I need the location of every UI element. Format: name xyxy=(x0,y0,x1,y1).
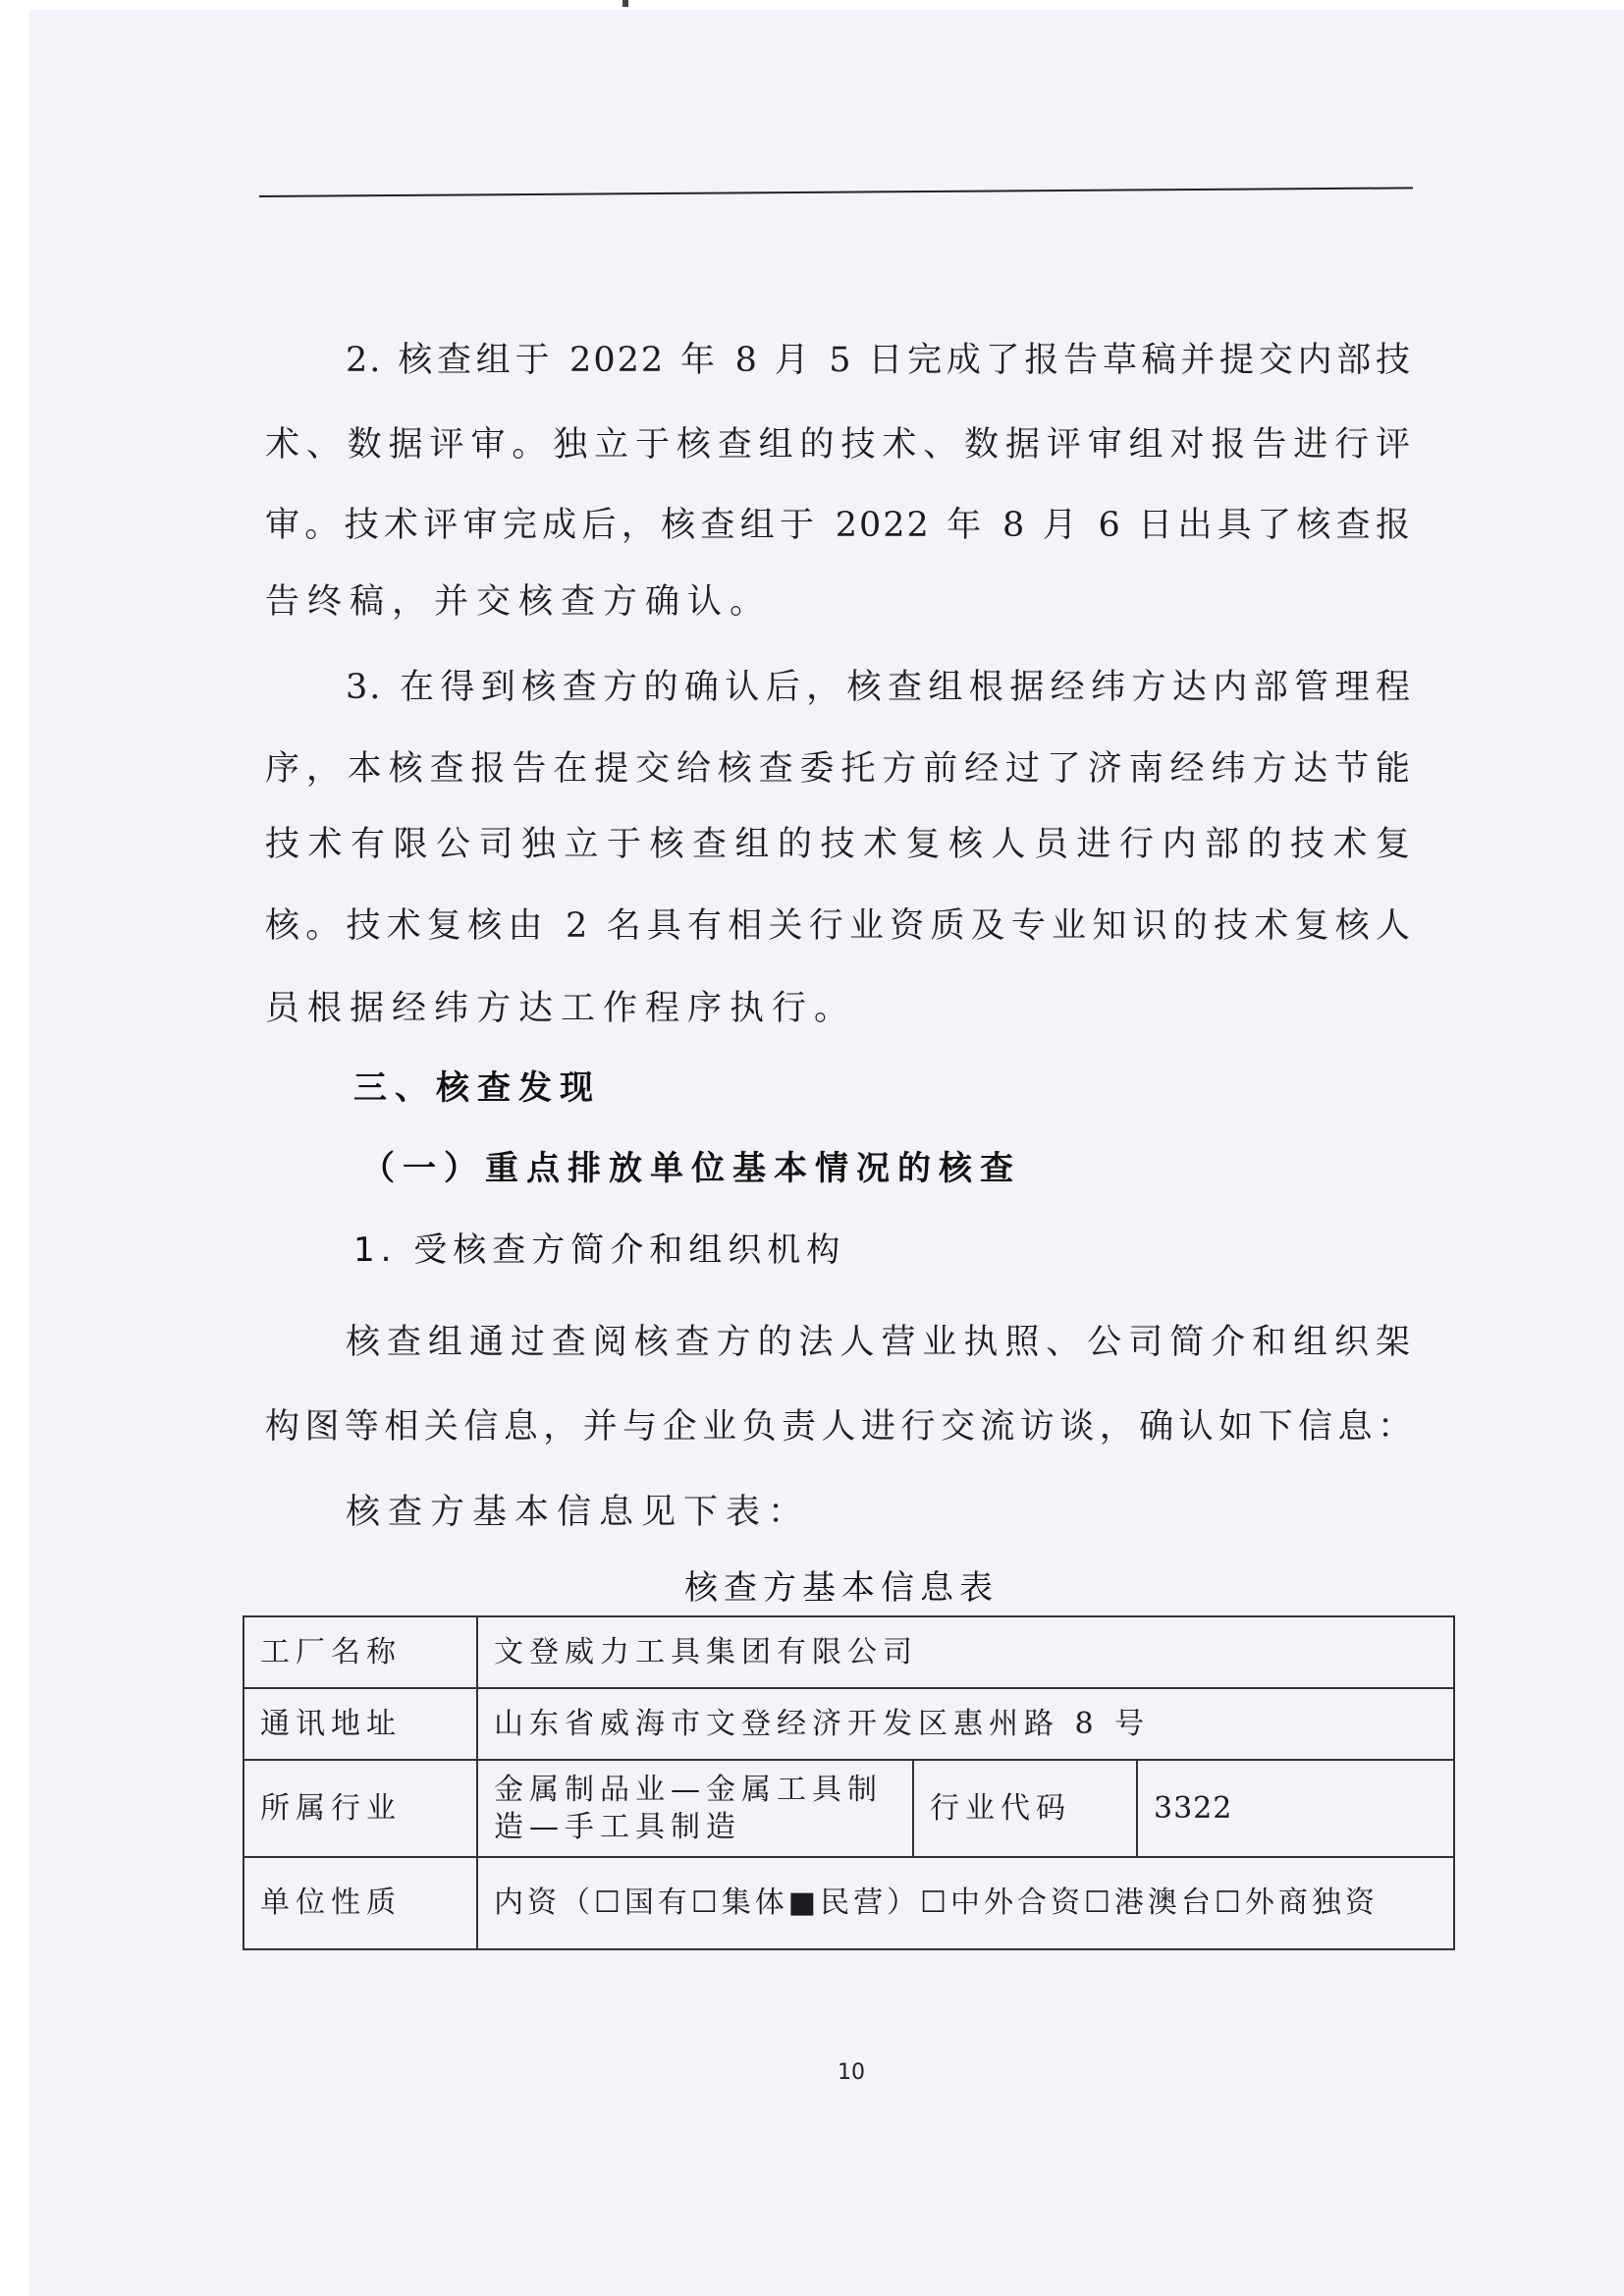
table-row-factory-name: 工厂名称 文登威力工具集团有限公司 xyxy=(244,1616,1454,1688)
paragraph-2-line-2: 术、数据评审。独立于核查组的技术、数据评审组对报告进行评 xyxy=(265,422,1412,467)
nature-value: 内资（☐国有☐集体■民营）☐中外合资☐港澳台☐外商独资 xyxy=(477,1857,1454,1949)
industry-code-value: 3322 xyxy=(1137,1760,1454,1857)
table-row-nature: 单位性质 内资（☐国有☐集体■民营）☐中外合资☐港澳台☐外商独资 xyxy=(244,1857,1454,1949)
table-reference-line: 核查方基本信息见下表： xyxy=(346,1490,1412,1535)
paragraph-3-line-4: 核。技术复核由 2 名具有相关行业资质及专业知识的技术复核人 xyxy=(265,903,1412,949)
section-heading: 三、核查发现 xyxy=(353,1066,601,1111)
industry-code-label: 行业代码 xyxy=(913,1760,1137,1857)
factory-name-value: 文登威力工具集团有限公司 xyxy=(477,1616,1454,1688)
intro-line-1: 核查组通过查阅核查方的法人营业执照、公司简介和组织架 xyxy=(346,1320,1412,1365)
nature-label: 单位性质 xyxy=(244,1857,477,1949)
table-row-address: 通讯地址 山东省威海市文登经济开发区惠州路 8 号 xyxy=(244,1688,1454,1760)
address-label: 通讯地址 xyxy=(244,1688,477,1760)
subsection-heading: （一）重点排放单位基本情况的核查 xyxy=(361,1146,1021,1191)
basic-info-table: 工厂名称 文登威力工具集团有限公司 通讯地址 山东省威海市文登经济开发区惠州路 … xyxy=(243,1615,1455,1950)
page-number: 10 xyxy=(0,2060,1624,2085)
table-row-industry: 所属行业 金属制品业—金属工具制造—手工具制造 行业代码 3322 xyxy=(244,1760,1454,1857)
paragraph-3-line-1: 3. 在得到核查方的确认后，核查组根据经纬方达内部管理程 xyxy=(346,665,1412,710)
industry-value: 金属制品业—金属工具制造—手工具制造 xyxy=(477,1760,913,1857)
paragraph-2-line-4: 告终稿，并交核查方确认。 xyxy=(265,579,1412,625)
paragraph-3-line-3: 技术有限公司独立于核查组的技术复核人员进行内部的技术复 xyxy=(265,822,1412,867)
address-value: 山东省威海市文登经济开发区惠州路 8 号 xyxy=(477,1688,1454,1760)
paragraph-2-line-3: 审。技术评审完成后，核查组于 2022 年 8 月 6 日出具了核查报 xyxy=(265,503,1412,548)
intro-line-2: 构图等相关信息，并与企业负责人进行交流访谈，确认如下信息： xyxy=(265,1404,1412,1449)
factory-name-label: 工厂名称 xyxy=(244,1616,477,1688)
paragraph-3-line-5: 员根据经纬方达工作程序执行。 xyxy=(265,986,1412,1031)
table-title: 核查方基本信息表 xyxy=(0,1565,1624,1611)
scan-artifact xyxy=(623,0,628,7)
paragraph-3-line-2: 序，本核查报告在提交给核查委托方前经过了济南经纬方达节能 xyxy=(265,746,1412,792)
paragraph-2-line-1: 2. 核查组于 2022 年 8 月 5 日完成了报告草稿并提交内部技 xyxy=(346,338,1412,383)
industry-label: 所属行业 xyxy=(244,1760,477,1857)
item-heading: 1. 受核查方简介和组织机构 xyxy=(353,1228,845,1273)
